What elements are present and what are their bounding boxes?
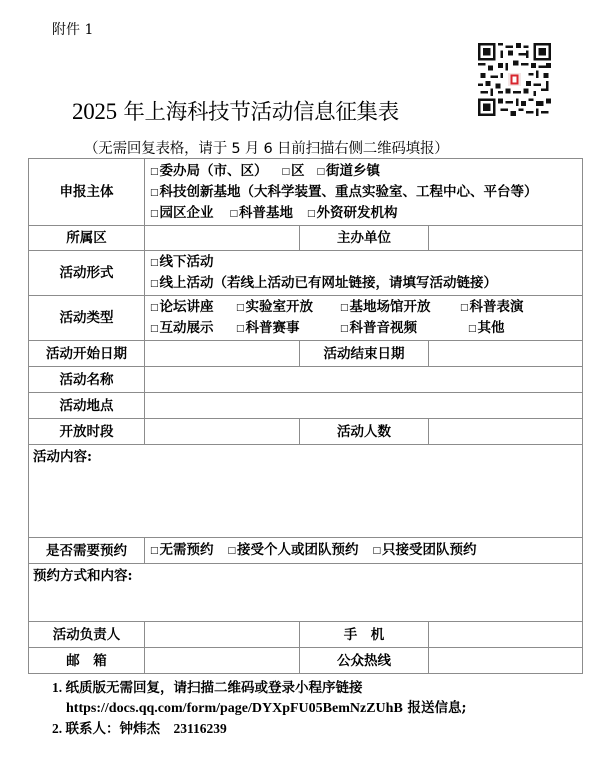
checkbox-icon[interactable]: □	[340, 319, 349, 339]
email-field[interactable]	[145, 648, 300, 674]
checkbox-icon[interactable]: □	[150, 183, 159, 203]
checkbox-option[interactable]: □线下活动	[150, 254, 214, 270]
name-label: 活动名称	[29, 367, 145, 393]
notes: 1. 纸质版无需回复，请扫描二维码或登录小程序链接 https://docs.q…	[52, 678, 466, 739]
checkbox-option[interactable]: □科普音视频	[340, 318, 468, 339]
note-1: 1. 纸质版无需回复，请扫描二维码或登录小程序链接	[52, 678, 466, 698]
organizer-label: 主办单位	[300, 226, 429, 251]
district-label: 所属区	[29, 226, 145, 251]
checkbox-icon[interactable]: □	[150, 319, 159, 339]
reservation-row: 是否需要预约 □无需预约□接受个人或团队预约□只接受团队预约	[29, 538, 583, 564]
content-row: 活动内容:	[29, 445, 583, 538]
page-subtitle: （无需回复表格，请于 5 月 6 日前扫描右侧二维码填报）	[84, 137, 449, 158]
checkbox-option[interactable]: □街道乡镇	[317, 163, 381, 179]
checkbox-option[interactable]: □接受个人或团队预约	[228, 542, 359, 558]
attendance-label: 活动人数	[300, 419, 429, 445]
reservation-detail-row: 预约方式和内容:	[29, 564, 583, 622]
contact-phone: 23116239	[174, 721, 227, 736]
attendance-field[interactable]	[429, 419, 583, 445]
content-label: 活动内容:	[33, 449, 92, 465]
content-field[interactable]: 活动内容:	[29, 445, 583, 538]
open-hours-field[interactable]	[145, 419, 300, 445]
start-date-label: 活动开始日期	[29, 341, 145, 367]
checkbox-icon[interactable]: □	[150, 204, 159, 224]
checkbox-option[interactable]: □互动展示	[150, 318, 236, 339]
checkbox-icon[interactable]: □	[230, 204, 239, 224]
end-date-label: 活动结束日期	[300, 341, 429, 367]
checkbox-option[interactable]: □科普赛事	[236, 318, 340, 339]
reservation-options: □无需预约□接受个人或团队预约□只接受团队预约	[145, 538, 583, 564]
title-text: 年上海科技节活动信息征集表	[117, 100, 399, 125]
reservation-detail-field[interactable]: 预约方式和内容:	[29, 564, 583, 622]
checkbox-icon[interactable]: □	[236, 298, 245, 318]
reservation-detail-label: 预约方式和内容:	[33, 568, 132, 584]
checkbox-icon[interactable]: □	[282, 162, 291, 182]
checkbox-icon[interactable]: □	[150, 541, 159, 561]
contact-person-label: 活动负责人	[29, 622, 145, 648]
applicant-label: 申报主体	[29, 159, 145, 226]
end-date-field[interactable]	[429, 341, 583, 367]
location-row: 活动地点	[29, 393, 583, 419]
email-row: 邮 箱 公众热线	[29, 648, 583, 674]
mobile-label: 手 机	[300, 622, 429, 648]
checkbox-option[interactable]: □其他	[468, 320, 505, 336]
note-2: 2. 联系人：钟炜杰 23116239	[52, 719, 466, 739]
start-date-field[interactable]	[145, 341, 300, 367]
qr-code-icon[interactable]	[478, 43, 551, 116]
checkbox-option[interactable]: □基地场馆开放	[340, 297, 460, 318]
hours-row: 开放时段 活动人数	[29, 419, 583, 445]
checkbox-option[interactable]: □论坛讲座	[150, 297, 236, 318]
type-options: □论坛讲座□实验室开放□基地场馆开放□科普表演 □互动展示□科普赛事□科普音视频…	[145, 296, 583, 341]
checkbox-icon[interactable]: □	[340, 298, 349, 318]
district-field[interactable]	[145, 226, 300, 251]
reservation-label: 是否需要预约	[29, 538, 145, 564]
organizer-field[interactable]	[429, 226, 583, 251]
checkbox-icon[interactable]: □	[236, 319, 245, 339]
location-label: 活动地点	[29, 393, 145, 419]
checkbox-icon[interactable]: □	[468, 319, 477, 339]
page-title: 2025 年上海科技节活动信息征集表	[72, 95, 399, 126]
checkbox-icon[interactable]: □	[460, 298, 469, 318]
contact-row: 活动负责人 手 机	[29, 622, 583, 648]
checkbox-option[interactable]: □无需预约	[150, 542, 214, 558]
checkbox-option[interactable]: □科普基地	[230, 205, 294, 221]
type-row: 活动类型 □论坛讲座□实验室开放□基地场馆开放□科普表演 □互动展示□科普赛事□…	[29, 296, 583, 341]
hotline-field[interactable]	[429, 648, 583, 674]
checkbox-icon[interactable]: □	[317, 162, 326, 182]
open-hours-label: 开放时段	[29, 419, 145, 445]
contact-person-field[interactable]	[145, 622, 300, 648]
name-row: 活动名称	[29, 367, 583, 393]
checkbox-icon[interactable]: □	[150, 253, 159, 273]
checkbox-option[interactable]: □园区企业	[150, 205, 214, 221]
checkbox-option[interactable]: □实验室开放	[236, 297, 340, 318]
note-1-link-line: https://docs.qq.com/form/page/DYXpFU05Be…	[52, 698, 466, 719]
checkbox-icon[interactable]: □	[150, 274, 159, 294]
checkbox-icon[interactable]: □	[373, 541, 382, 561]
format-row: 活动形式 □线下活动 □线上活动（若线上活动已有网址链接，请填写活动链接）	[29, 251, 583, 296]
hotline-label: 公众热线	[300, 648, 429, 674]
checkbox-option[interactable]: □外资研发机构	[307, 205, 398, 221]
checkbox-icon[interactable]: □	[150, 298, 159, 318]
name-field[interactable]	[145, 367, 583, 393]
title-year: 2025	[72, 99, 117, 124]
district-row: 所属区 主办单位	[29, 226, 583, 251]
email-label: 邮 箱	[29, 648, 145, 674]
format-options: □线下活动 □线上活动（若线上活动已有网址链接，请填写活动链接）	[145, 251, 583, 296]
type-label: 活动类型	[29, 296, 145, 341]
checkbox-option[interactable]: □科技创新基地（大科学装置、重点实验室、工程中心、平台等）	[150, 184, 538, 200]
checkbox-option[interactable]: □线上活动（若线上活动已有网址链接，请填写活动链接）	[150, 275, 497, 291]
form-link[interactable]: https://docs.qq.com/form/page/DYXpFU05Be…	[52, 701, 403, 716]
mobile-field[interactable]	[429, 622, 583, 648]
checkbox-option[interactable]: □区	[282, 163, 305, 179]
checkbox-option[interactable]: □科普表演	[460, 299, 524, 315]
checkbox-icon[interactable]: □	[150, 162, 159, 182]
activity-info-form: 申报主体 □委办局（市、区）□区□街道乡镇 □科技创新基地（大科学装置、重点实验…	[28, 158, 582, 674]
applicant-row: 申报主体 □委办局（市、区）□区□街道乡镇 □科技创新基地（大科学装置、重点实验…	[29, 159, 583, 226]
location-field[interactable]	[145, 393, 583, 419]
applicant-options: □委办局（市、区）□区□街道乡镇 □科技创新基地（大科学装置、重点实验室、工程中…	[145, 159, 583, 226]
checkbox-option[interactable]: □只接受团队预约	[373, 542, 477, 558]
checkbox-icon[interactable]: □	[228, 541, 237, 561]
checkbox-option[interactable]: □委办局（市、区）	[150, 163, 268, 179]
format-label: 活动形式	[29, 251, 145, 296]
date-row: 活动开始日期 活动结束日期	[29, 341, 583, 367]
checkbox-icon[interactable]: □	[307, 204, 316, 224]
attachment-label: 附件 1	[52, 19, 93, 39]
